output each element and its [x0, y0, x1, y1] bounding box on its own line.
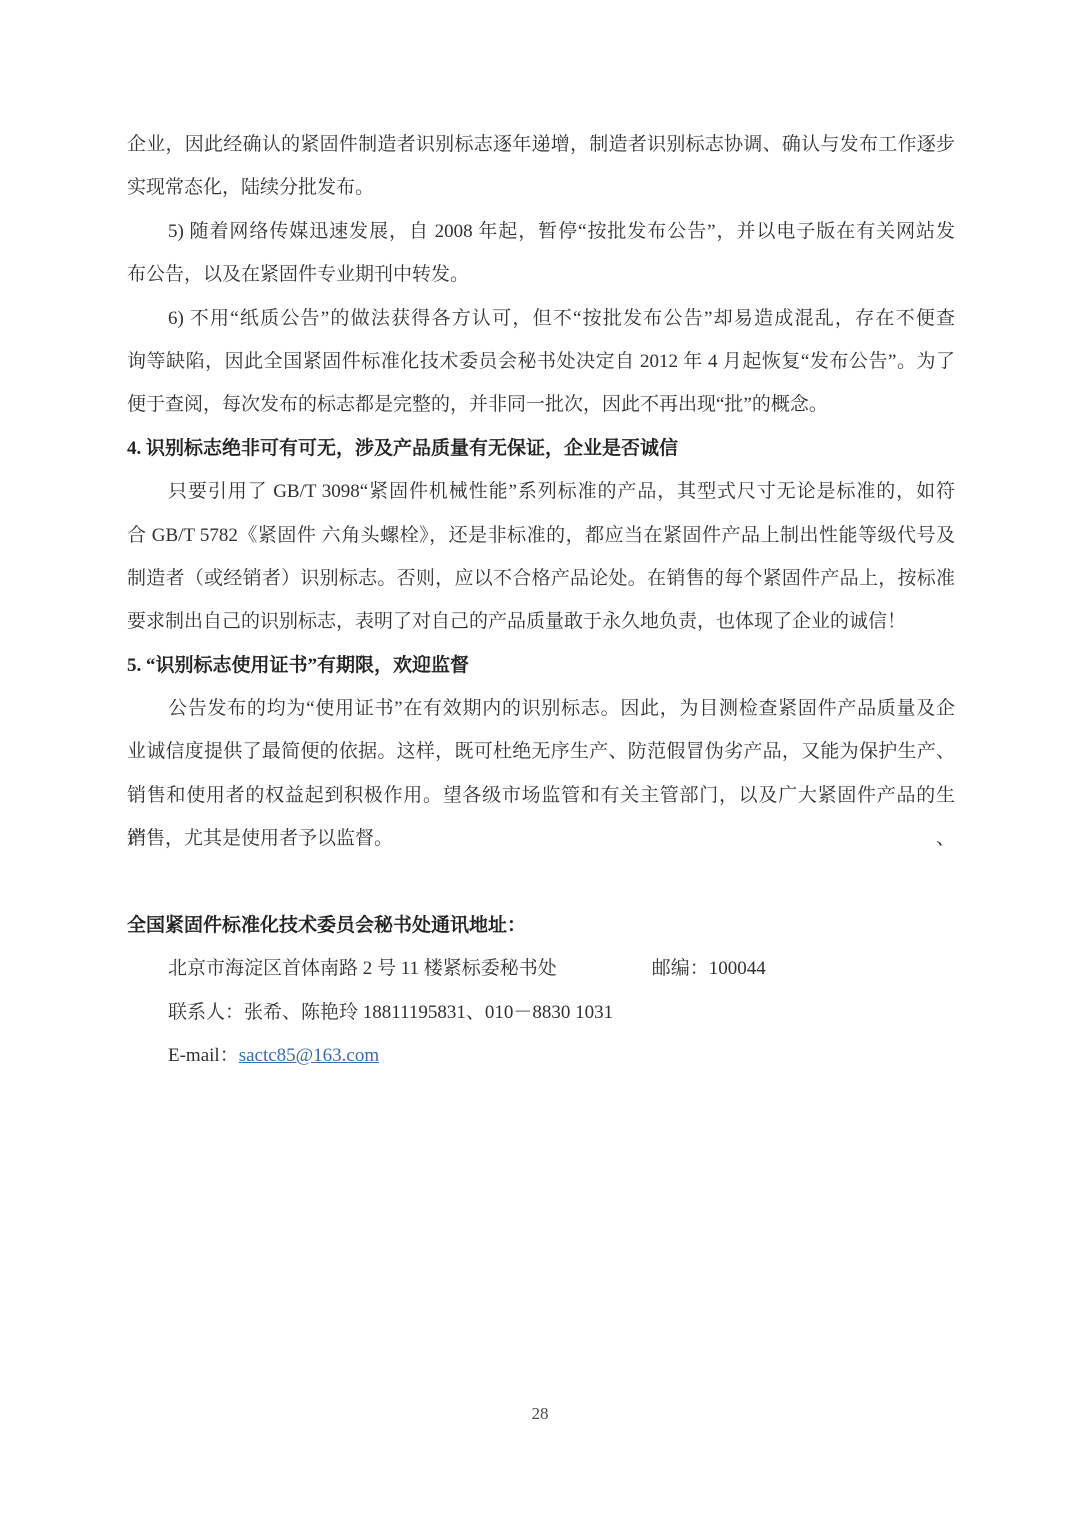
text-line: 公告发布的均为“使用证书”在有效期内的识别标志。因此，为目测检查紧固件产品质量及… [127, 687, 955, 730]
blank-line [127, 861, 955, 904]
text-line: 实现常态化，陆续分批发布。 [127, 166, 955, 209]
text-line: 便于查阅，每次发布的标志都是完整的，并非同一批次，因此不再出现“批”的概念。 [127, 383, 955, 426]
address-text: 北京市海淀区首体南路 2 号 11 楼紧标委秘书处 [168, 958, 557, 979]
text-line: 企业，因此经确认的紧固件制造者识别标志逐年递增，制造者识别标志协调、确认与发布工… [127, 123, 955, 166]
page-number: 28 [0, 1404, 1080, 1424]
text-line: 询等缺陷，因此全国紧固件标准化技术委员会秘书处决定自 2012 年 4 月起恢复… [127, 340, 955, 383]
text-line: 联系人：张希、陈艳玲 18811195831、010－8830 1031 [127, 991, 955, 1034]
text-line: 合 GB/T 5782《紧固件 六角头螺栓》，还是非标准的，都应当在紧固件产品上… [127, 514, 955, 557]
contact-address-line: 北京市海淀区首体南路 2 号 11 楼紧标委秘书处邮编：100044 [127, 947, 955, 990]
text-line: 6) 不用“纸质公告”的做法获得各方认可，但不“按批发布公告”却易造成混乱，存在… [127, 297, 955, 340]
email-label: E-mail： [168, 1045, 239, 1066]
text-line: 布公告，以及在紧固件专业期刊中转发。 [127, 253, 955, 296]
section-heading: 5. “识别标志使用证书”有期限，欢迎监督 [127, 644, 955, 687]
contact-email-line: E-mail：sactc85@163.com [127, 1034, 955, 1077]
email-link[interactable]: sactc85@163.com [239, 1045, 379, 1066]
document-body: 企业，因此经确认的紧固件制造者识别标志逐年递增，制造者识别标志协调、确认与发布工… [127, 123, 955, 1078]
section-heading: 4. 识别标志绝非可有可无，涉及产品质量有无保证，企业是否诚信 [127, 427, 955, 470]
section-heading: 全国紧固件标准化技术委员会秘书处通讯地址： [127, 904, 955, 947]
document-page: 企业，因此经确认的紧固件制造者识别标志逐年递增，制造者识别标志协调、确认与发布工… [0, 0, 1080, 1527]
postal-code: 邮编：100044 [652, 947, 766, 990]
text-line: 业诚信度提供了最简便的依据。这样，既可杜绝无序生产、防范假冒伪劣产品，又能为保护… [127, 730, 955, 773]
text-line: 销售和使用者的权益起到积极作用。望各级市场监管和有关主管部门，以及广大紧固件产品… [127, 774, 955, 817]
text-line: 5) 随着网络传媒迅速发展，自 2008 年起，暂停“按批发布公告”，并以电子版… [127, 210, 955, 253]
text-line: 制造者（或经销者）识别标志。否则，应以不合格产品论处。在销售的每个紧固件产品上，… [127, 557, 955, 600]
text-line: 只要引用了 GB/T 3098“紧固件机械性能”系列标准的产品，其型式尺寸无论是… [127, 470, 955, 513]
text-line: 要求制出自己的识别标志，表明了对自己的产品质量敢于永久地负责，也体现了企业的诚信… [127, 600, 955, 643]
